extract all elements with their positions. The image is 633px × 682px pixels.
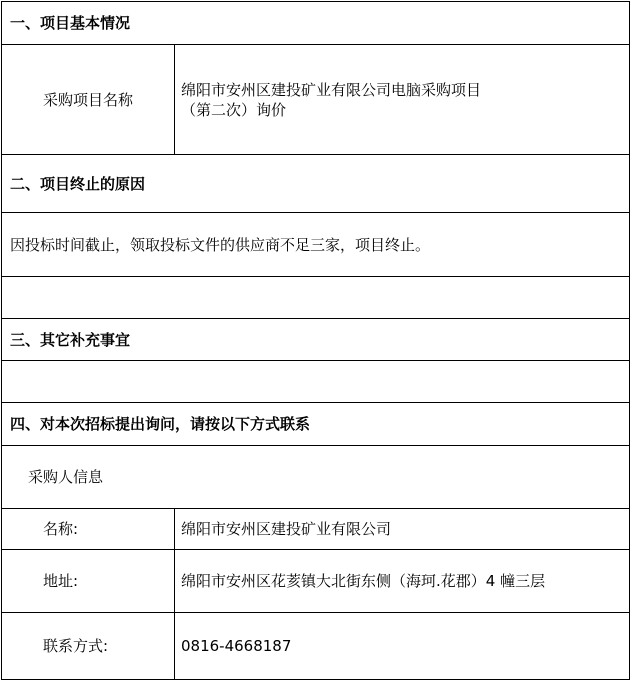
section-2-heading: 二、项目终止的原因 xyxy=(2,155,630,213)
contact-name-value: 绵阳市安州区建投矿业有限公司 xyxy=(175,509,630,550)
contact-name-label: 名称: xyxy=(2,509,175,550)
project-name-line2: （第二次）询价 xyxy=(181,100,629,120)
project-name-label: 采购项目名称 xyxy=(2,45,175,155)
announcement-table: 一、项目基本情况 采购项目名称 绵阳市安州区建投矿业有限公司电脑采购项目 （第二… xyxy=(1,1,630,680)
project-name-value: 绵阳市安州区建投矿业有限公司电脑采购项目 （第二次）询价 xyxy=(175,45,630,155)
blank-row xyxy=(2,277,630,319)
section-4-heading: 四、对本次招标提出询问，请按以下方式联系 xyxy=(2,403,630,446)
supplementary-blank xyxy=(2,361,630,403)
termination-reason: 因投标时间截止，领取投标文件的供应商不足三家，项目终止。 xyxy=(2,213,630,277)
purchaser-info-heading: 采购人信息 xyxy=(2,446,630,509)
contact-phone-value: 0816-4668187 xyxy=(175,613,630,680)
contact-address-value: 绵阳市安州区花荄镇大北街东侧（海珂.花郡）4 幢三层 xyxy=(175,550,630,613)
section-1-heading: 一、项目基本情况 xyxy=(2,2,630,45)
section-3-heading: 三、其它补充事宜 xyxy=(2,319,630,361)
project-name-line1: 绵阳市安州区建投矿业有限公司电脑采购项目 xyxy=(181,80,629,100)
contact-phone-label: 联系方式: xyxy=(2,613,175,680)
contact-address-label: 地址: xyxy=(2,550,175,613)
